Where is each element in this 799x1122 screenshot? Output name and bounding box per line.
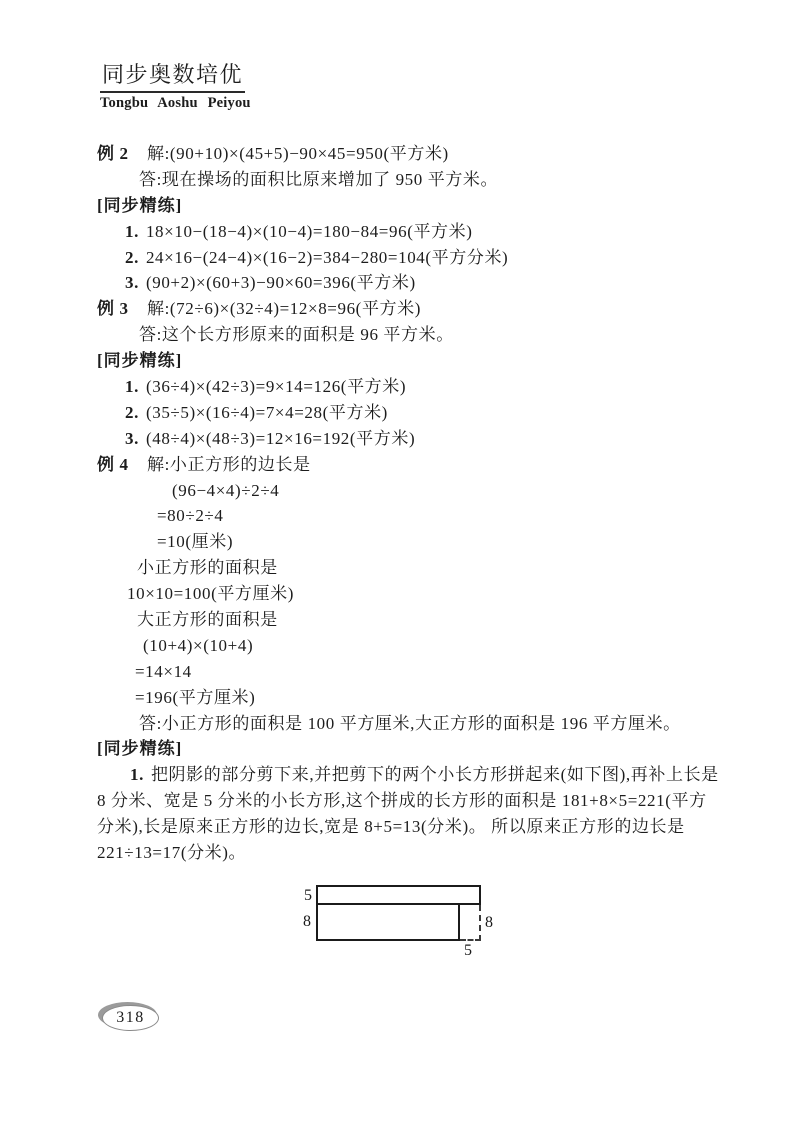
line-text: 解:(72÷6)×(32÷4)=12×8=96(平方米)	[147, 299, 421, 318]
equation-line: =14×14	[97, 659, 737, 685]
diagram-label-mid-left: 8	[303, 915, 311, 929]
line-text: [同步精练]	[97, 351, 182, 370]
line-text: [同步精练]	[97, 739, 182, 758]
diagram-dashed-right-edge	[479, 905, 481, 941]
line-text: =14×14	[135, 662, 192, 681]
diagram-label-right: 8	[485, 916, 493, 930]
solution-item: 1.(36÷4)×(42÷3)=9×14=126(平方米)	[97, 374, 737, 400]
diagram-dashed-bottom-edge	[460, 939, 481, 941]
example-line: 例 3解:(72÷6)×(32÷4)=12×8=96(平方米)	[97, 296, 737, 322]
paragraph-line: 8 分米、宽是 5 分米的小长方形,这个拼成的长方形的面积是 181+8×5=2…	[97, 788, 737, 814]
line-text: (35÷5)×(16÷4)=7×4=28(平方米)	[146, 403, 388, 422]
line-text: =80÷2÷4	[157, 506, 223, 525]
section-heading: [同步精练]	[97, 736, 737, 762]
line-text: 大正方形的面积是	[137, 610, 278, 629]
example-line: 例 2解:(90+10)×(45+5)−90×45=950(平方米)	[97, 141, 737, 167]
rectangle-diagram: 5 8 8 5	[295, 876, 510, 966]
diagram-top-rectangle	[316, 885, 481, 905]
equation-line: =10(厘米)	[97, 529, 737, 555]
solution-item: 1.18×10−(18−4)×(10−4)=180−84=96(平方米)	[97, 219, 737, 245]
line-text: =196(平方厘米)	[135, 688, 255, 707]
solution-item: 2.24×16−(24−4)×(16−2)=384−280=104(平方分米)	[97, 245, 737, 271]
page-number: 318	[102, 1005, 159, 1031]
item-number: 1.	[125, 377, 139, 396]
line-text: 10×10=100(平方厘米)	[127, 584, 294, 603]
paragraph-line: 1.把阴影的部分剪下来,并把剪下的两个小长方形拼起来(如下图),再补上长是	[97, 762, 737, 788]
diagram-label-bottom: 5	[464, 944, 472, 958]
line-text: 分米),长是原来正方形的边长,宽是 8+5=13(分米)。 所以原来正方形的边长…	[97, 817, 685, 836]
paragraph-line: 分米),长是原来正方形的边长,宽是 8+5=13(分米)。 所以原来正方形的边长…	[97, 814, 737, 840]
line-text: 221÷13=17(分米)。	[97, 843, 246, 862]
item-number: 2.	[125, 248, 139, 267]
item-number: 1.	[125, 222, 139, 241]
line-text: [同步精练]	[97, 196, 182, 215]
item-number: 1.	[130, 765, 144, 784]
equation-line: 10×10=100(平方厘米)	[97, 581, 737, 607]
line-text: 答:这个长方形原来的面积是 96 平方米。	[139, 325, 454, 344]
equation-line: =196(平方厘米)	[97, 685, 737, 711]
line-text: 把阴影的部分剪下来,并把剪下的两个小长方形拼起来(如下图),再补上长是	[151, 765, 719, 784]
section-heading: [同步精练]	[97, 193, 737, 219]
line-text: =10(厘米)	[157, 532, 233, 551]
solutions-content: 例 2解:(90+10)×(45+5)−90×45=950(平方米)答:现在操场…	[97, 141, 737, 866]
page-header: 同步奥数培优 Tongbu Aoshu Peiyou	[100, 62, 251, 112]
line-text: 小正方形的面积是	[137, 558, 278, 577]
section-heading: [同步精练]	[97, 348, 737, 374]
solution-item: 2.(35÷5)×(16÷4)=7×4=28(平方米)	[97, 400, 737, 426]
paragraph-line: 221÷13=17(分米)。	[97, 840, 737, 866]
page-number-badge: 318	[98, 1002, 158, 1030]
example-line: 例 4解:小正方形的边长是	[97, 452, 737, 478]
line-text: 24×16−(24−4)×(16−2)=384−280=104(平方分米)	[146, 248, 508, 267]
line-text: 8 分米、宽是 5 分米的小长方形,这个拼成的长方形的面积是 181+8×5=2…	[97, 791, 707, 810]
book-title-pinyin: Tongbu Aoshu Peiyou	[100, 95, 251, 112]
example-label: 例 4	[97, 452, 147, 478]
text-line: 大正方形的面积是	[97, 607, 737, 633]
answer-line: 答:现在操场的面积比原来增加了 950 平方米。	[97, 167, 737, 193]
line-text: 解:(90+10)×(45+5)−90×45=950(平方米)	[147, 144, 449, 163]
equation-line: (10+4)×(10+4)	[97, 633, 737, 659]
example-label: 例 2	[97, 141, 147, 167]
diagram-label-top-left: 5	[304, 889, 312, 903]
item-number: 2.	[125, 403, 139, 422]
line-text: 答:现在操场的面积比原来增加了 950 平方米。	[139, 170, 498, 189]
line-text: (10+4)×(10+4)	[143, 636, 253, 655]
line-text: (90+2)×(60+3)−90×60=396(平方米)	[146, 273, 416, 292]
diagram-bottom-rectangle	[316, 905, 460, 941]
line-text: 18×10−(18−4)×(10−4)=180−84=96(平方米)	[146, 222, 473, 241]
textbook-page: 同步奥数培优 Tongbu Aoshu Peiyou 例 2解:(90+10)×…	[0, 0, 799, 1122]
solution-item: 3.(48÷4)×(48÷3)=12×16=192(平方米)	[97, 426, 737, 452]
line-text: 解:小正方形的边长是	[147, 455, 311, 474]
line-text: (36÷4)×(42÷3)=9×14=126(平方米)	[146, 377, 406, 396]
line-text: 答:小正方形的面积是 100 平方厘米,大正方形的面积是 196 平方厘米。	[139, 714, 681, 733]
text-line: 小正方形的面积是	[97, 555, 737, 581]
line-text: (48÷4)×(48÷3)=12×16=192(平方米)	[146, 429, 415, 448]
equation-line: =80÷2÷4	[97, 503, 737, 529]
book-title: 同步奥数培优	[100, 62, 245, 93]
line-text: (96−4×4)÷2÷4	[172, 481, 279, 500]
item-number: 3.	[125, 273, 139, 292]
answer-line: 答:小正方形的面积是 100 平方厘米,大正方形的面积是 196 平方厘米。	[97, 711, 737, 737]
equation-line: (96−4×4)÷2÷4	[97, 478, 737, 504]
solution-item: 3.(90+2)×(60+3)−90×60=396(平方米)	[97, 270, 737, 296]
item-number: 3.	[125, 429, 139, 448]
answer-line: 答:这个长方形原来的面积是 96 平方米。	[97, 322, 737, 348]
example-label: 例 3	[97, 296, 147, 322]
